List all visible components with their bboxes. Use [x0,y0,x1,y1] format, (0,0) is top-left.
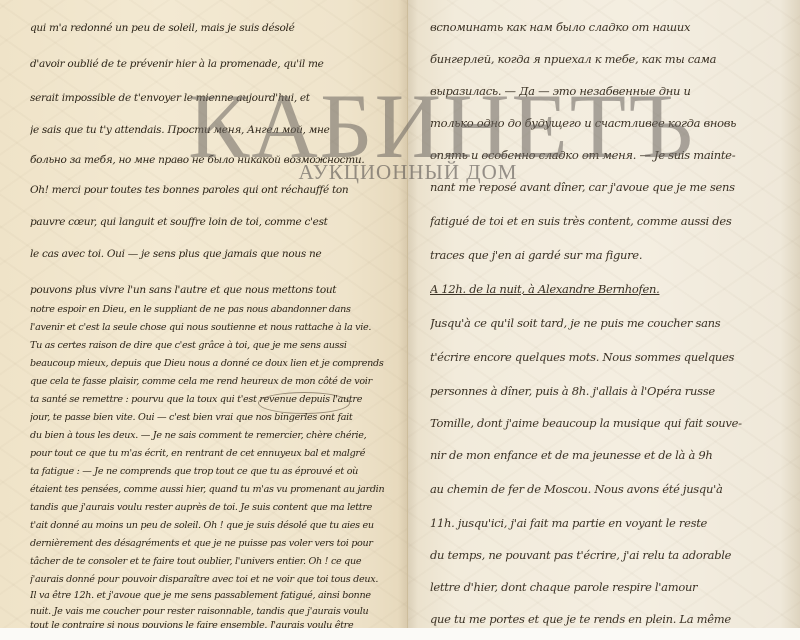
left-line-8: le cas avec toi. Oui — je sens plus que … [30,248,398,260]
left-line-9: pouvons plus vivre l'un sans l'autre et … [30,284,398,296]
right-line-5: опять и особенно сладко от меня. — Je su… [430,148,785,162]
right-line-19: que tu me portes et que je te rends en p… [430,612,785,626]
left-line-11: l'avenir et c'est la seule chose qui nou… [30,322,398,333]
right-line-3: выразилась. — Да — это незабвенные дни и [430,84,785,98]
left-line-27: nuit. Je vais me coucher pour rester rai… [30,606,398,617]
left-line-16: jour, te passe bien vite. Oui — c'est bi… [30,412,398,423]
ink-circle-mark [258,392,350,414]
right-line-10: Jusqu'à ce qu'il soit tard, je ne puis m… [430,316,785,330]
left-line-26: Il va être 12h. et j'avoue que je me sen… [30,590,398,601]
right-line-14: nir de mon enfance et de ma jeunesse et … [430,448,785,462]
left-line-3: serait impossible de t'envoyer le mienne… [30,92,398,104]
right-line-18: lettre d'hier, dont chaque parole respir… [430,580,785,594]
left-line-20: étaient tes pensées, comme aussi hier, q… [30,484,398,495]
left-line-4: je sais que tu t'y attendais. Прости мен… [30,124,398,136]
right-line-12: personnes à dîner, puis à 8h. j'allais à… [430,384,785,398]
left-line-1: qui m'a redonné un peu de soleil, mais j… [30,22,398,34]
paper-bottom-edge [0,628,800,640]
right-line-4: только одно до будущего и счастливее ког… [430,116,785,130]
left-line-2: d'avoir oublié de te prévenir hier à la … [30,58,398,70]
right-line-6: nant me reposé avant dîner, car j'avoue … [430,180,785,194]
right-line-16: 11h. jusqu'ici, j'ai fait ma partie en v… [430,516,785,530]
right-line-17: du temps, ne pouvant pas t'écrire, j'ai … [430,548,785,562]
left-line-10: notre espoir en Dieu, en le suppliant de… [30,304,398,315]
left-line-5: больно за тебя, но мне право не было ник… [30,154,398,166]
left-line-25: j'aurais donné pour pouvoir disparaître … [30,574,398,585]
right-line-11: t'écrire encore quelques mots. Nous somm… [430,350,785,364]
right-page: вспоминать как нам было сладко от наших … [408,0,800,640]
right-line-8: traces que j'en ai gardé sur ma figure. [430,248,785,262]
left-line-14: que cela te fasse plaisir, comme cela me… [30,376,398,387]
left-line-23: dernièrement des désagréments et que je … [30,538,398,549]
right-line-2: бингерлей, когда я приехал к тебе, как т… [430,52,785,66]
right-line-7: fatigué de toi et en suis très content, … [430,214,785,228]
left-line-22: t'ait donné au moins un peu de soleil. O… [30,520,398,531]
left-line-21: tandis que j'aurais voulu rester auprès … [30,502,398,513]
left-line-6: Oh! merci pour toutes tes bonnes paroles… [30,184,398,196]
right-line-15: au chemin de fer de Moscou. Nous avons é… [430,482,785,496]
left-line-19: ta fatigue : — Je ne comprends que trop … [30,466,398,477]
right-line-1: вспоминать как нам было сладко от наших [430,20,785,34]
letter-spread: qui m'a redonné un peu de soleil, mais j… [0,0,800,640]
left-line-18: pour tout ce que tu m'as écrit, en rentr… [30,448,398,459]
left-page: qui m'a redonné un peu de soleil, mais j… [0,0,408,640]
right-line-13: Tomille, dont j'aime beaucoup la musique… [430,416,785,430]
left-line-7: pauvre cœur, qui languit et souffre loin… [30,216,398,228]
left-line-12: Tu as certes raison de dire que c'est gr… [30,340,398,351]
right-line-9-heading: A 12h. de la nuit, à Alexandre Bernhofen… [430,282,785,296]
left-line-17: du bien à tous les deux. — Je ne sais co… [30,430,398,441]
left-line-24: tâcher de te consoler et te faire tout o… [30,556,398,567]
left-line-13: beaucoup mieux, depuis que Dieu nous a d… [30,358,398,369]
